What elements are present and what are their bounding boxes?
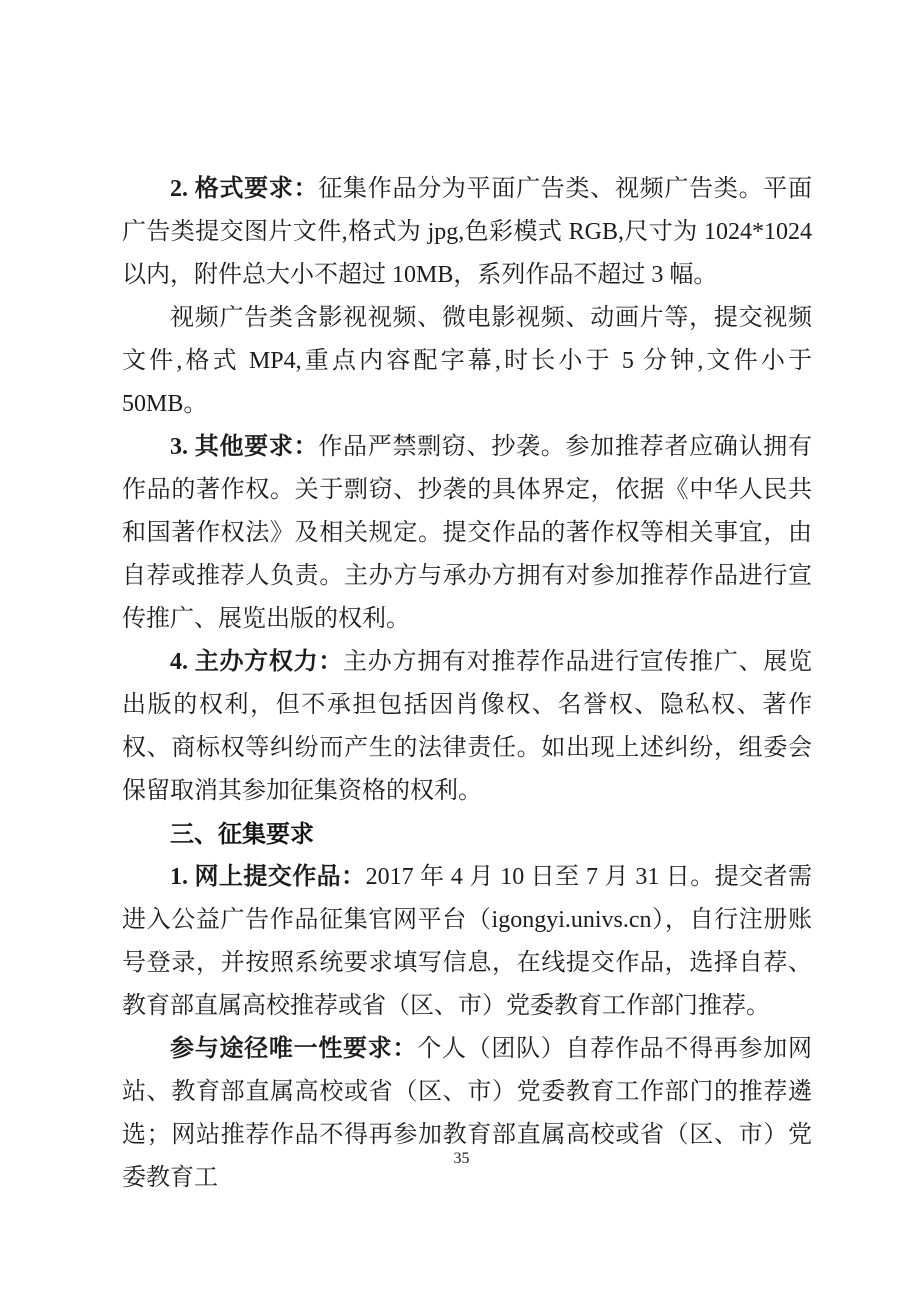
page-footer: 35 xyxy=(0,1150,923,1168)
paragraph-text: 作品严禁剽窃、抄袭。参加推荐者应确认拥有作品的著作权。关于剽窃、抄袭的具体界定，… xyxy=(122,434,812,632)
paragraph: 3. 其他要求：作品严禁剽窃、抄袭。参加推荐者应确认拥有作品的著作权。关于剽窃、… xyxy=(122,426,812,641)
paragraph-lead: 1. 网上提交作品： xyxy=(170,864,366,890)
paragraph: 2. 格式要求：征集作品分为平面广告类、视频广告类。平面广告类提交图片文件,格式… xyxy=(122,168,812,297)
paragraph-lead: 参与途径唯一性要求： xyxy=(170,1036,417,1062)
page-number: 35 xyxy=(454,1150,470,1167)
paragraph: 1. 网上提交作品：2017 年 4 月 10 日至 7 月 31 日。提交者需… xyxy=(122,856,812,1028)
paragraph: 参与途径唯一性要求：个人（团队）自荐作品不得再参加网站、教育部直属高校或省（区、… xyxy=(122,1028,812,1200)
paragraph: 4. 主办方权力：主办方拥有对推荐作品进行宣传推广、展览出版的权利，但不承担包括… xyxy=(122,641,812,813)
section-heading: 三、征集要求 xyxy=(122,813,812,856)
document-page: 2. 格式要求：征集作品分为平面广告类、视频广告类。平面广告类提交图片文件,格式… xyxy=(0,0,923,1305)
paragraph-lead: 3. 其他要求： xyxy=(170,434,318,460)
document-content: 2. 格式要求：征集作品分为平面广告类、视频广告类。平面广告类提交图片文件,格式… xyxy=(122,168,812,1200)
paragraph: 视频广告类含影视视频、微电影视频、动画片等，提交视频文件,格式 MP4,重点内容… xyxy=(122,297,812,426)
paragraph-lead: 2. 格式要求： xyxy=(170,176,318,202)
paragraph-lead: 4. 主办方权力： xyxy=(170,649,343,675)
paragraph-text: 视频广告类含影视视频、微电影视频、动画片等，提交视频文件,格式 MP4,重点内容… xyxy=(122,305,812,417)
